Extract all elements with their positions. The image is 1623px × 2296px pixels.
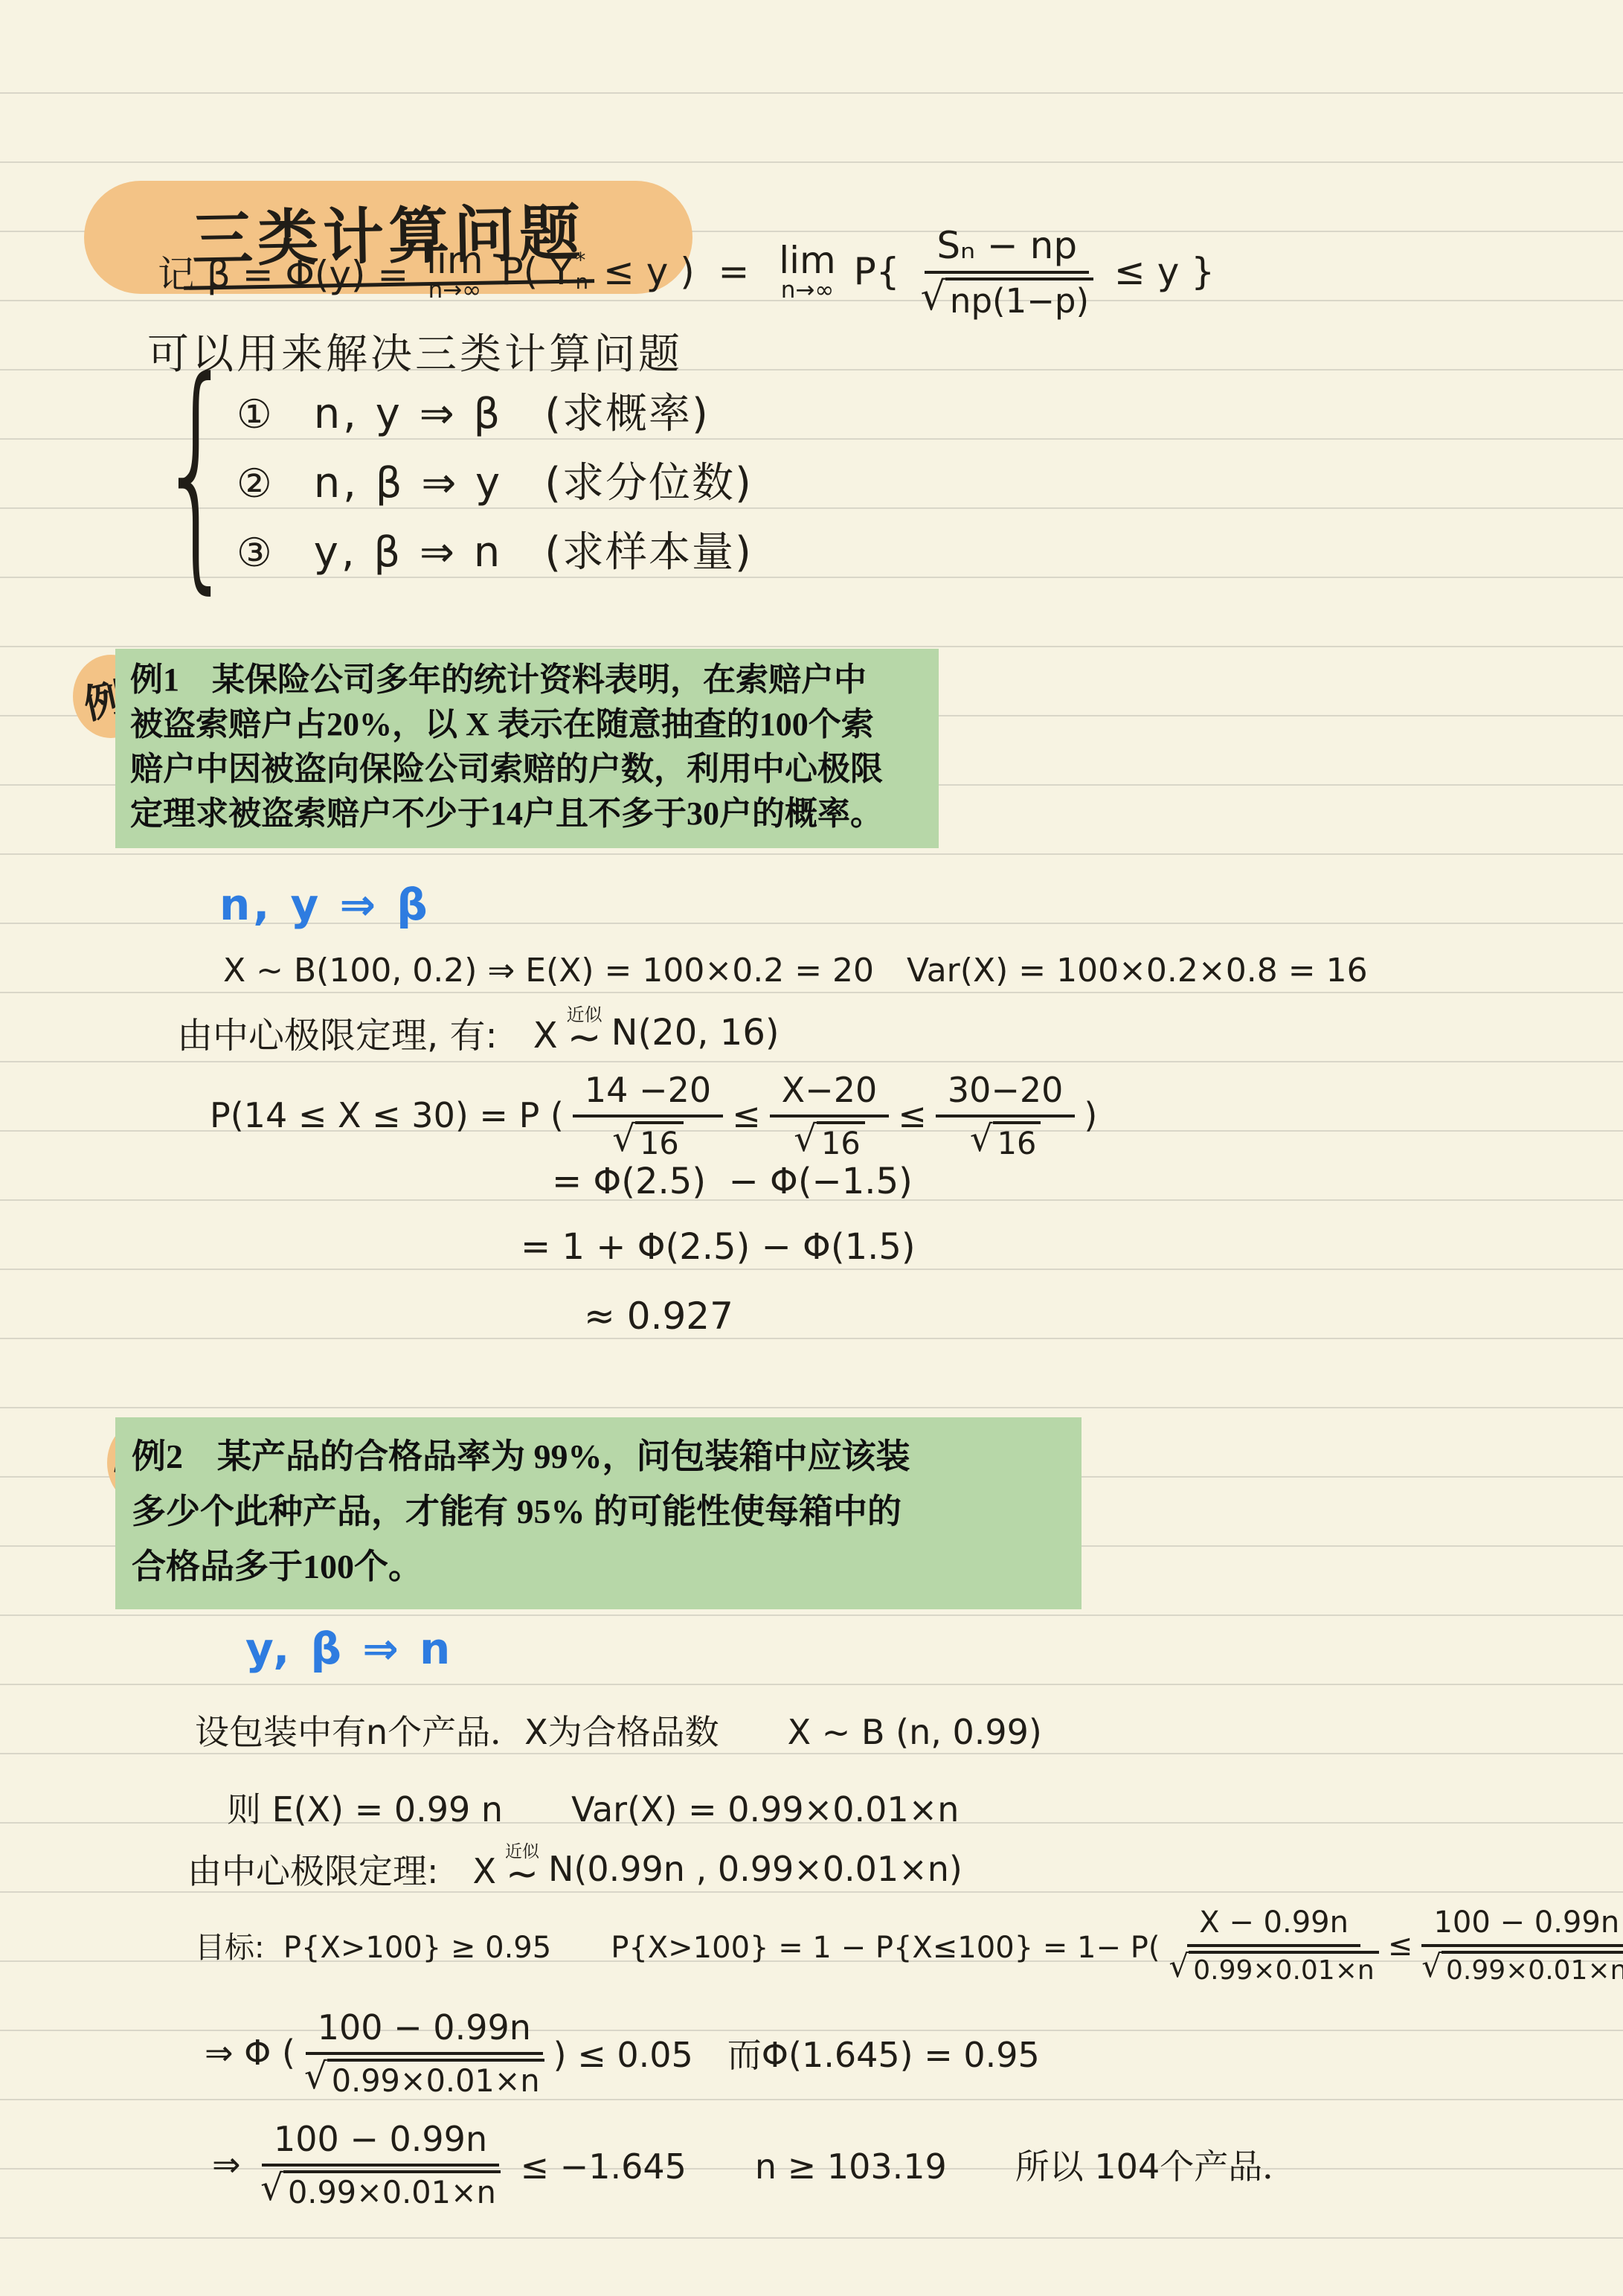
case-no: ③ [237, 530, 272, 576]
script-base: Y [550, 250, 573, 293]
example2-solution-line-4: 目标: P{X>100} ≥ 0.95 P{X>100} = 1 − P{X≤1… [195, 1905, 1623, 1986]
math-text: ⇒ [212, 2144, 251, 2184]
example1-solution-line-4: = Φ(2.5) − Φ(−1.5) [552, 1161, 913, 1202]
case-map: n, β ⇒ y [314, 459, 504, 507]
example1-solution-line-6: ≈ 0.927 [584, 1295, 733, 1338]
example2-solution-line-2: 则 E(X) = 0.99 n Var(X) = 0.99×0.01×n [227, 1783, 959, 1832]
math-text: ≤ [732, 1095, 761, 1135]
fraction: X − 0.99n√0.99×0.01×n [1169, 1905, 1378, 1986]
fraction: 100 − 0.99n√0.99×0.01×n [1421, 1905, 1623, 1986]
limit: limn→∞ [779, 242, 836, 302]
fraction-denominator: √16 [970, 1117, 1041, 1161]
math-text: ≤ −1.645 n ≥ 103.19 所以 104个产品． [510, 2140, 1296, 2189]
fraction-numerator: 100 − 0.99n [262, 2119, 499, 2167]
radical-sign: √ [1421, 1951, 1442, 1982]
example2-solution-line-3: 由中心极限定理: X近似~N(0.99n , 0.99×0.01×n) [187, 1844, 962, 1894]
math-text: X ~ B(100, 0.2) ⇒ E(X) = 100×0.2 = 20 Va… [223, 943, 1368, 991]
fraction-denominator: √16 [794, 1117, 864, 1161]
radical-sign: √ [970, 1121, 993, 1157]
radical-sign: √ [304, 2059, 327, 2094]
example1-problem-box: 例1 某保险公司多年的统计资料表明，在索赔户中被盗索赔户占20%，以 X 表示在… [115, 649, 939, 848]
fraction-numerator: X−20 [770, 1070, 890, 1117]
case-note: (求概率) [544, 381, 710, 440]
radicand: 0.99×0.01×n [327, 2059, 544, 2098]
example2-solution-line-6: ⇒ 100 − 0.99n√0.99×0.01×n ≤ −1.645 n ≥ 1… [212, 2119, 1296, 2210]
notebook-page: 三类计算问题 记 β = Φ(y) = limn→∞ P( Y*n ≤ y ) … [0, 0, 1623, 2296]
fraction: Sₙ − np√np(1−p) [920, 223, 1093, 320]
math-text: P( [489, 250, 550, 293]
math-text: P{ [842, 250, 912, 293]
example1-solution-line-1: X ~ B(100, 0.2) ⇒ E(X) = 100×0.2 = 20 Va… [223, 943, 1368, 991]
radical-sign: √ [794, 1121, 817, 1157]
radicand: 16 [993, 1121, 1041, 1161]
example1-solution-tag: n, y ⇒ β [219, 879, 431, 930]
math-text: 设包装中有n个产品．X为合格品数 X ~ B (n, 0.99) [195, 1705, 1042, 1754]
case-no: ② [237, 461, 272, 507]
text-line: 定理求被盗索赔户不少于14户且不多于30户的概率。 [130, 792, 924, 836]
radicand: 0.99×0.01×n [283, 2170, 501, 2210]
case-no: ① [237, 391, 272, 437]
brace-glyph: { [158, 356, 236, 589]
limit: limn→∞ [426, 242, 483, 302]
annotated-tilde: 近似~ [505, 1844, 539, 1894]
math-text: ≤ [1388, 1928, 1413, 1963]
radical-sign: √ [612, 1121, 635, 1157]
radical-sign: √ [1169, 1951, 1189, 1982]
fraction: 100 − 0.99n√0.99×0.01×n [260, 2119, 501, 2210]
clt-formula: 记 β = Φ(y) = limn→∞ P( Y*n ≤ y ) = limn→… [158, 223, 1215, 320]
math-text: 记 β = Φ(y) = [158, 245, 420, 298]
fraction: 30−20√16 [936, 1070, 1076, 1161]
tilde-symbol: ~ [506, 1855, 539, 1894]
tilde-symbol: ~ [567, 1018, 601, 1059]
text-line: 合格品多于100个。 [132, 1539, 1065, 1594]
math-text: 由中心极限定理, 有: X [177, 1007, 558, 1058]
case-row: ②n, β ⇒ y(求分位数) [237, 450, 753, 519]
text-line: 例2 某产品的合格品率为 99%，问包装箱中应该装 [132, 1429, 1065, 1484]
math-text: ) [1084, 1095, 1097, 1135]
fraction-denominator: √0.99×0.01×n [260, 2167, 501, 2210]
fraction-numerator: 100 − 0.99n [1421, 1905, 1623, 1947]
fraction-denominator: √16 [612, 1117, 683, 1161]
fraction-denominator: √np(1−p) [920, 274, 1093, 320]
math-text: ≤ y ) = [591, 250, 773, 293]
math-text: = Φ(2.5) − Φ(−1.5) [552, 1161, 913, 1202]
script-stack: *n [576, 250, 588, 293]
limit-word: lim [426, 242, 483, 279]
case-note: (求分位数) [544, 450, 753, 510]
example1-solution-line-3: P(14 ≤ X ≤ 30) = P (14 −20√16≤X−20√16≤30… [210, 1070, 1097, 1161]
radicand: 0.99×0.01×n [1189, 1951, 1378, 1986]
example2-problem-box: 例2 某产品的合格品率为 99%，问包装箱中应该装多少个此种产品，才能有 95%… [115, 1417, 1082, 1609]
fraction-numerator: 100 − 0.99n [306, 2007, 543, 2055]
case-note: (求样本量) [544, 519, 753, 579]
example2-solution-line-5: ⇒ Φ (100 − 0.99n√0.99×0.01×n) ≤ 0.05 而Φ(… [205, 2007, 1040, 2098]
math-text: N(0.99n , 0.99×0.01×n) [548, 1849, 962, 1889]
math-text: N(20, 16) [611, 1012, 780, 1054]
fraction-denominator: √0.99×0.01×n [304, 2055, 544, 2098]
math-text: ≈ 0.927 [584, 1295, 733, 1338]
text-line: 赔户中因被盗向保险公司索赔的户数，利用中心极限 [130, 747, 924, 792]
radical-sign: √ [920, 278, 945, 317]
math-text: 目标: P{X>100} ≥ 0.95 P{X>100} = 1 − P{X≤1… [195, 1924, 1160, 1966]
math-text: 则 E(X) = 0.99 n Var(X) = 0.99×0.01×n [227, 1783, 959, 1832]
math-text: P(14 ≤ X ≤ 30) = P ( [210, 1095, 564, 1135]
fraction-denominator: √0.99×0.01×n [1169, 1947, 1378, 1986]
fraction-numerator: 30−20 [936, 1070, 1076, 1117]
example1-solution-line-5: = 1 + Φ(2.5) − Φ(1.5) [521, 1226, 916, 1268]
case-row: ①n, y ⇒ β(求概率) [237, 381, 753, 450]
math-text: ≤ y } [1102, 250, 1215, 293]
radicand: 16 [817, 1121, 865, 1161]
case-map: n, y ⇒ β [314, 390, 504, 438]
fraction-numerator: Sₙ − np [925, 223, 1089, 274]
radicand: 0.99×0.01×n [1442, 1951, 1623, 1986]
radicand: 16 [635, 1121, 684, 1161]
radical-sign: √ [260, 2170, 283, 2206]
example1-solution-line-2: 由中心极限定理, 有: X近似~N(20, 16) [177, 1006, 780, 1059]
math-text: ⇒ Φ ( [205, 2033, 295, 2073]
math-text: ) ≤ 0.05 而Φ(1.645) = 0.95 [553, 2028, 1040, 2077]
limit-subscript: n→∞ [428, 279, 481, 302]
math-text: = 1 + Φ(2.5) − Φ(1.5) [521, 1226, 916, 1268]
text-line: 被盗索赔户占20%，以 X 表示在随意抽查的100个索 [130, 702, 924, 747]
limit-subscript: n→∞ [781, 279, 834, 302]
text-line: 例1 某保险公司多年的统计资料表明，在索赔户中 [130, 658, 924, 702]
example2-solution-tag: y, β ⇒ n [245, 1623, 453, 1674]
fraction: 14 −20√16 [573, 1070, 723, 1161]
text-line: 多少个此种产品，才能有 95% 的可能性使每箱中的 [132, 1484, 1065, 1539]
radicand: np(1−p) [945, 278, 1093, 320]
superscript: * [576, 250, 588, 272]
subscript: n [576, 272, 588, 293]
case-brace: { [158, 356, 225, 594]
fraction-numerator: X − 0.99n [1187, 1905, 1360, 1947]
math-text: 由中心极限定理: X [187, 1844, 496, 1893]
case-list: ①n, y ⇒ β(求概率)②n, β ⇒ y(求分位数)③y, β ⇒ n(求… [237, 381, 753, 589]
fraction: X−20√16 [770, 1070, 890, 1161]
scripted-symbol: Y*n [550, 250, 591, 293]
case-row: ③y, β ⇒ n(求样本量) [237, 519, 753, 589]
fraction-numerator: 14 −20 [573, 1070, 723, 1117]
math-text: ≤ [898, 1095, 927, 1135]
fraction-denominator: √0.99×0.01×n [1421, 1947, 1623, 1986]
example2-solution-line-1: 设包装中有n个产品．X为合格品数 X ~ B (n, 0.99) [195, 1705, 1042, 1754]
limit-word: lim [779, 242, 836, 279]
annotated-tilde: 近似~ [567, 1006, 602, 1059]
case-map: y, β ⇒ n [314, 528, 504, 577]
fraction: 100 − 0.99n√0.99×0.01×n [304, 2007, 544, 2098]
